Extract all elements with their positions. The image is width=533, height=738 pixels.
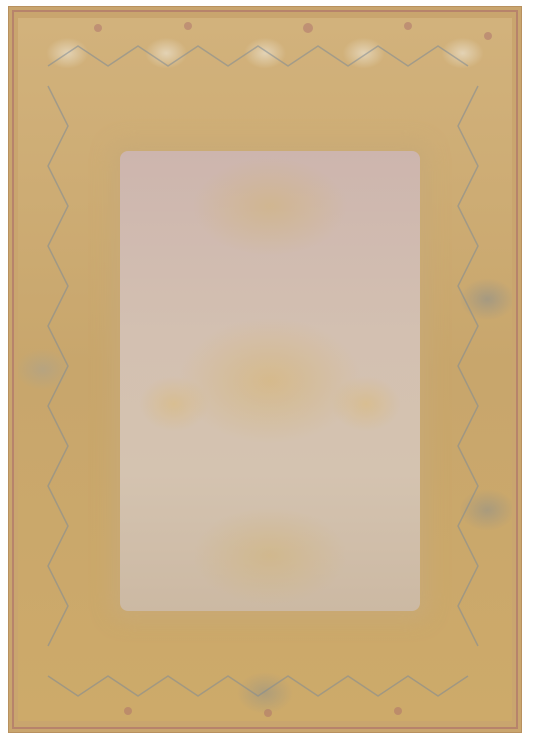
rug [8, 6, 522, 733]
rug-center-field [120, 151, 420, 611]
